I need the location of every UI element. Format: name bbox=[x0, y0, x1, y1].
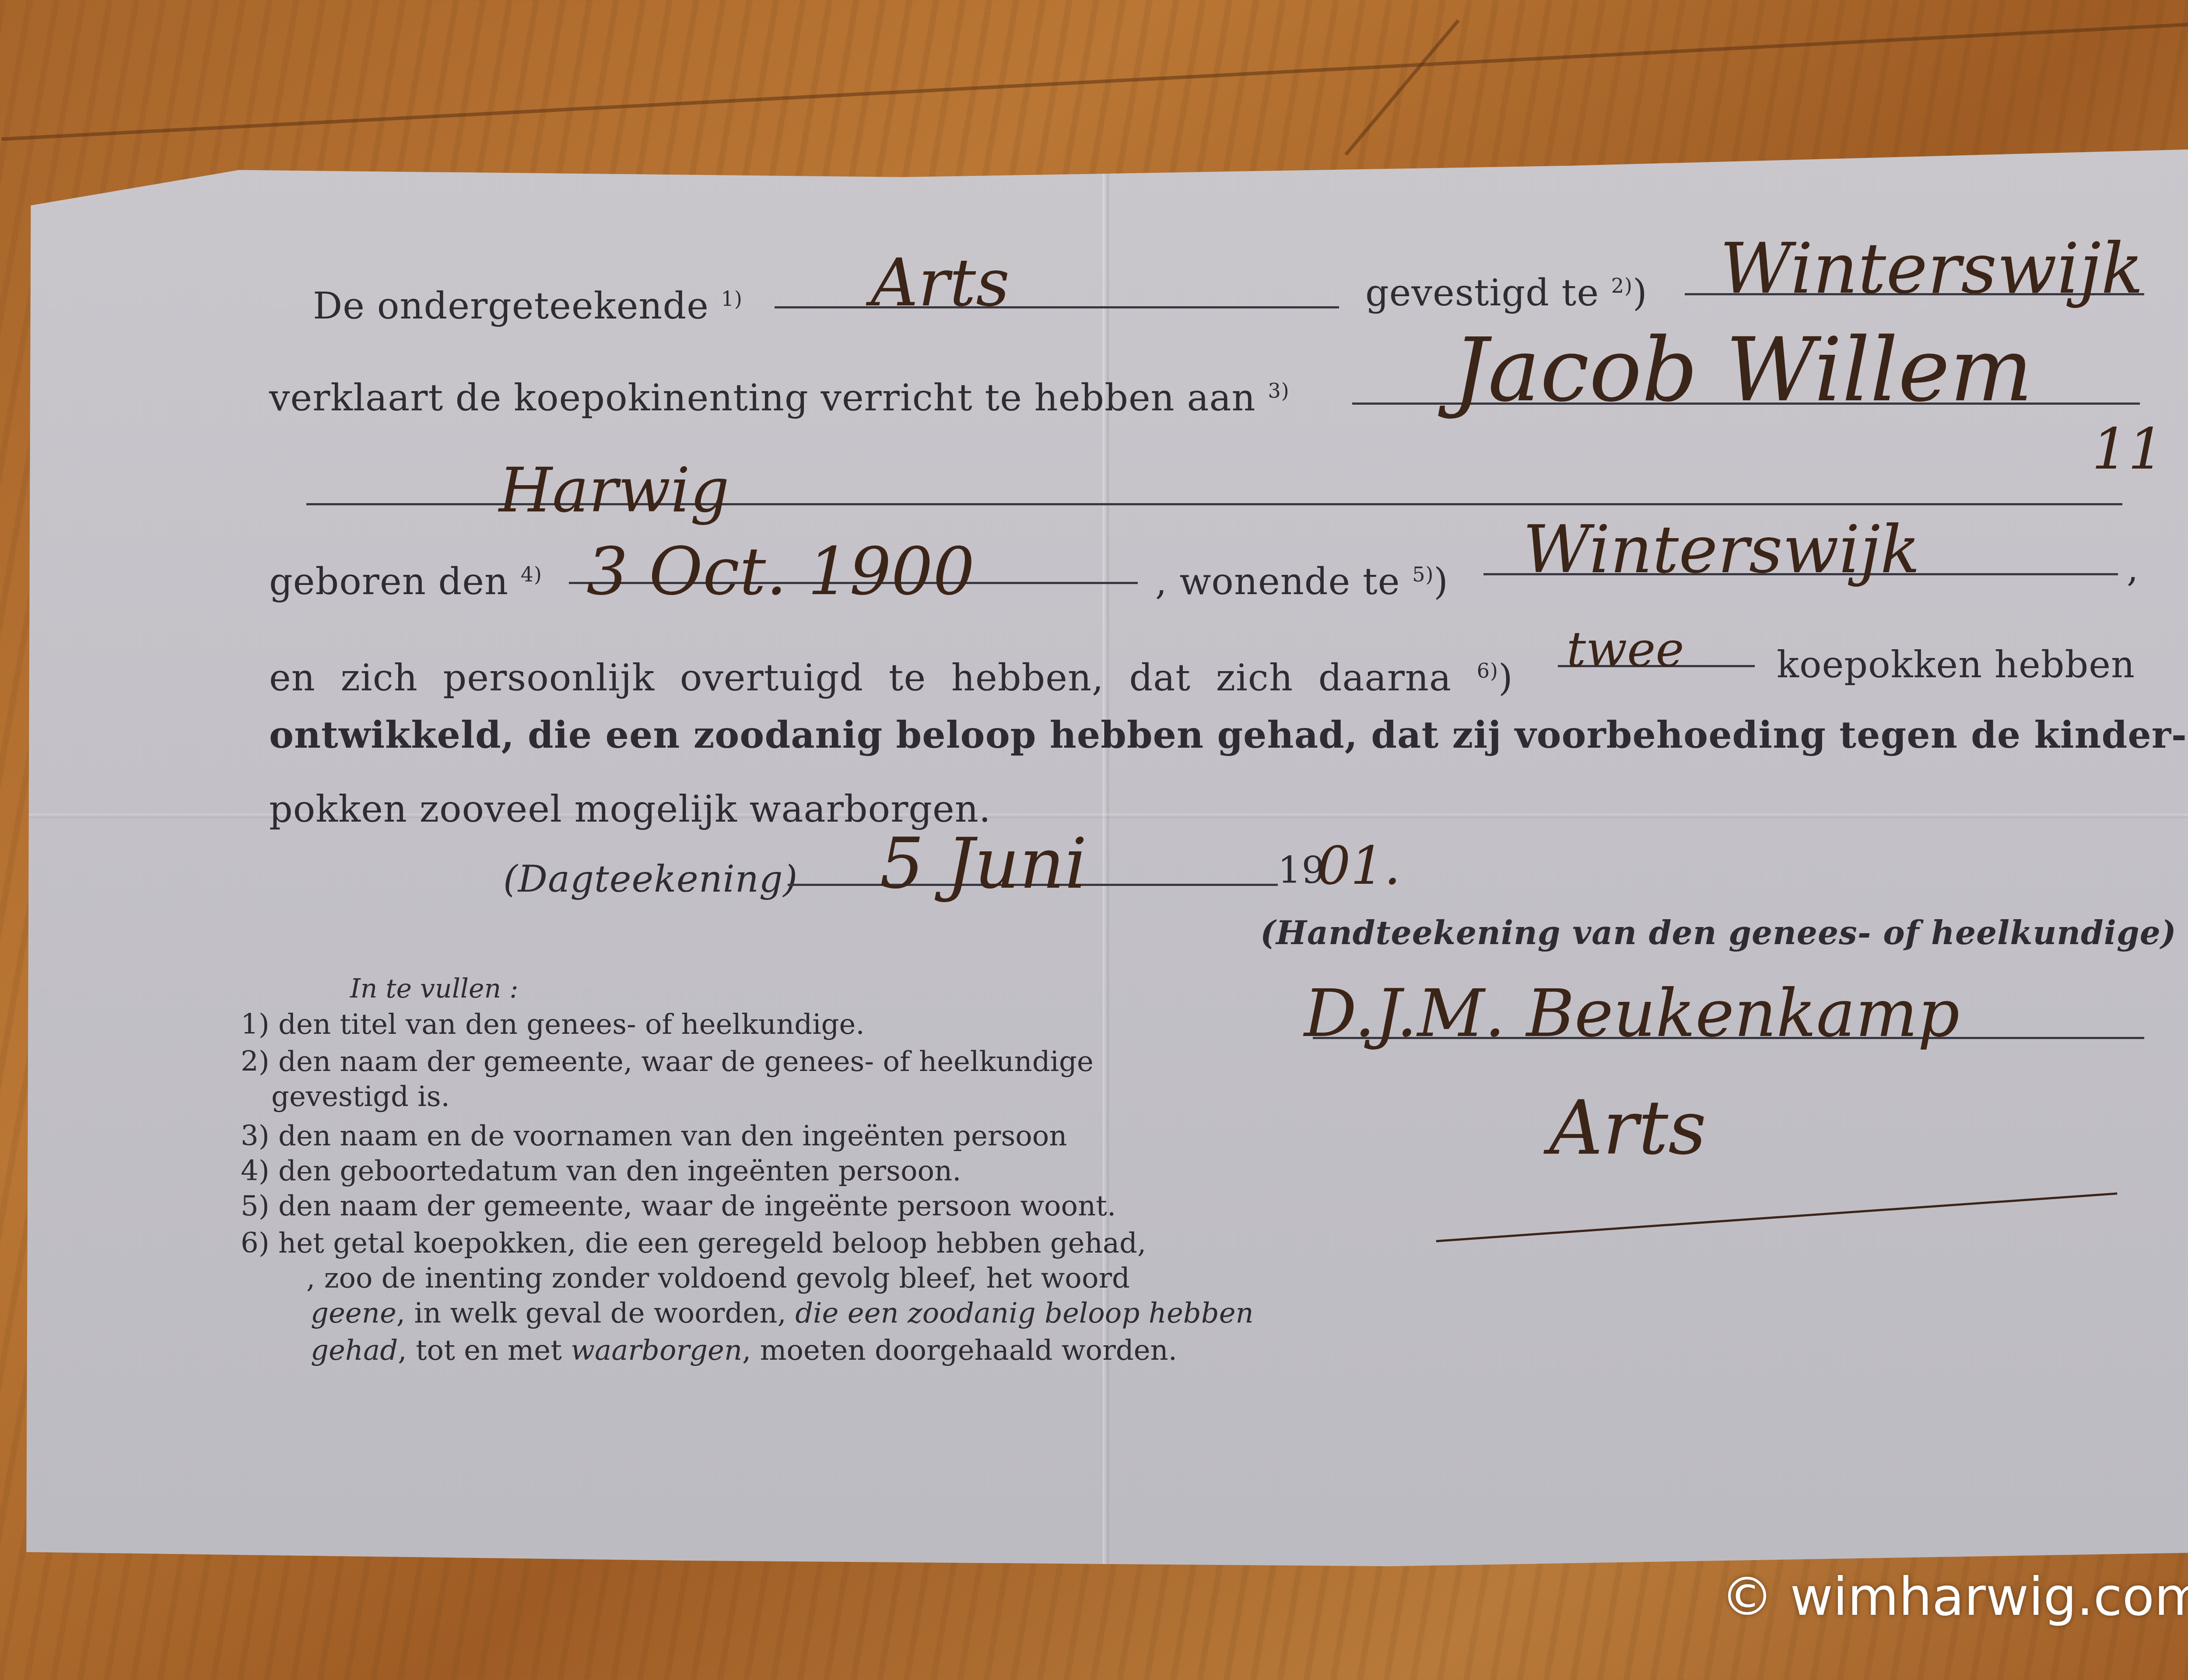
note-item: 3) den naam en de voornamen van den inge… bbox=[241, 1120, 1067, 1152]
note-item: 2) den naam der gemeente, waar de genees… bbox=[241, 1046, 1094, 1078]
field-rule bbox=[775, 306, 1339, 308]
field-municipality-value: Winterswijk bbox=[1720, 227, 2143, 309]
field-year-value: 01. bbox=[1317, 836, 1401, 896]
field-birthdate-value: 3 Oct. 1900 bbox=[586, 534, 975, 610]
note-item: 5) den naam der gemeente, waar de ingeën… bbox=[241, 1190, 1116, 1222]
field-date-value: 5 Juni bbox=[880, 822, 1087, 904]
label-ondergeteekende: De ondergeteekende 1) bbox=[313, 284, 743, 327]
field-title-value: Arts bbox=[871, 245, 1010, 321]
label-dagteekening: (Dagteekening) bbox=[503, 857, 798, 900]
field-residence-value: Winterswijk bbox=[1523, 512, 1920, 588]
note-item: geene, in welk geval de woorden, die een… bbox=[311, 1297, 1254, 1330]
field-mark: 11 bbox=[2092, 416, 2164, 482]
floor-seam bbox=[1344, 19, 1459, 156]
watermark: © wimharwig.com bbox=[1721, 1567, 2188, 1627]
note-item: gevestigd is. bbox=[271, 1081, 450, 1113]
note-item: gehad, tot en met waarborgen, moeten doo… bbox=[311, 1334, 1177, 1367]
text-ontwikkeld: ontwikkeld, die een zoodanig beloop hebb… bbox=[269, 713, 2187, 756]
label-geboren: geboren den 4) bbox=[269, 560, 542, 603]
note-item: , zoo de inenting zonder voldoend gevolg… bbox=[306, 1262, 1130, 1295]
label-overtuigd: en zich persoonlijk overtuigd te hebben,… bbox=[269, 656, 1513, 699]
label-gevestigd: gevestigd te 2)) bbox=[1365, 271, 1648, 314]
signature-title: Arts bbox=[1549, 1085, 1707, 1172]
field-surname-value: Harwig bbox=[499, 455, 729, 526]
floor-seam bbox=[1, 20, 2188, 141]
label-handteekening: (Handteekening van den genees- of heelku… bbox=[1260, 914, 2177, 952]
line-end-comma: , bbox=[2127, 547, 2139, 590]
notes-heading: In te vullen : bbox=[350, 973, 518, 1004]
signature-name: D.J.M. Beukenkamp bbox=[1304, 976, 1960, 1052]
field-count-value: twee bbox=[1567, 621, 1684, 677]
note-item: 1) den titel van den genees- of heelkund… bbox=[241, 1008, 865, 1041]
field-name-value: Jacob Willem bbox=[1453, 319, 2033, 421]
label-verklaart: verklaart de koepokinenting verricht te … bbox=[269, 376, 1290, 419]
note-item: 6) het getal koepokken, die een geregeld… bbox=[241, 1227, 1146, 1260]
note-item: 4) den geboortedatum van den ingeënten p… bbox=[241, 1155, 961, 1187]
label-koepokken: koepokken hebben bbox=[1777, 643, 2135, 686]
label-wonende: , wonende te 5)) bbox=[1155, 560, 1448, 603]
